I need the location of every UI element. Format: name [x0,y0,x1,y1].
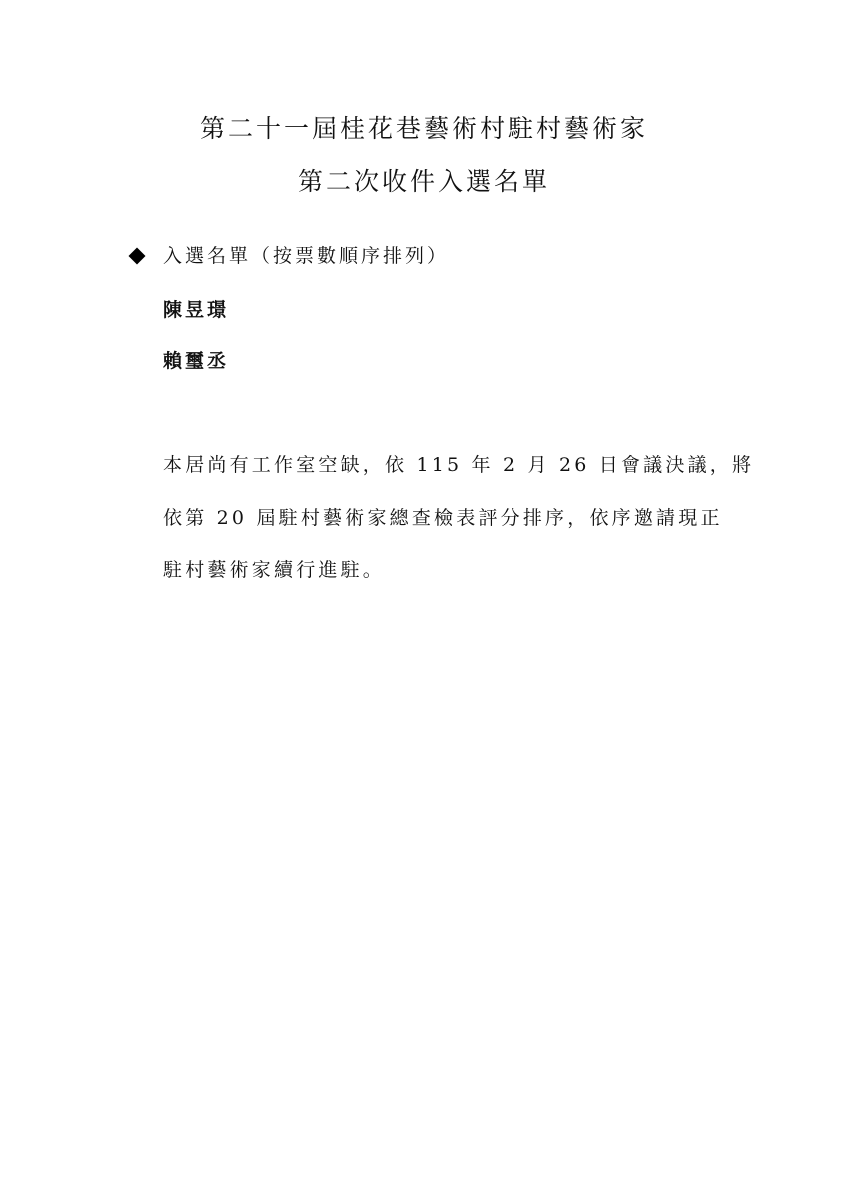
note-line: 本居尚有工作室空缺，依 115 年 2 月 26 日會議決議，將 [163,452,743,478]
diamond-bullet-icon [129,248,146,265]
document-subtitle: 第二次收件入選名單 [0,167,848,197]
note-line: 駐村藝術家續行進駐。 [163,557,743,583]
document-page: 第二十一屆桂花巷藝術村駐村藝術家 第二次收件入選名單 入選名單（按票數順序排列）… [0,0,848,1200]
document-title: 第二十一屆桂花巷藝術村駐村藝術家 [0,114,848,144]
selected-name: 陳昱璟 [163,297,229,323]
selected-name: 賴璽丞 [163,348,229,374]
selected-list-heading: 入選名單（按票數順序排列） [127,243,449,269]
note-line: 依第 20 屆駐村藝術家總查檢表評分排序，依序邀請現正 [163,505,743,531]
selected-list-heading-text: 入選名單（按票數順序排列） [163,243,449,269]
